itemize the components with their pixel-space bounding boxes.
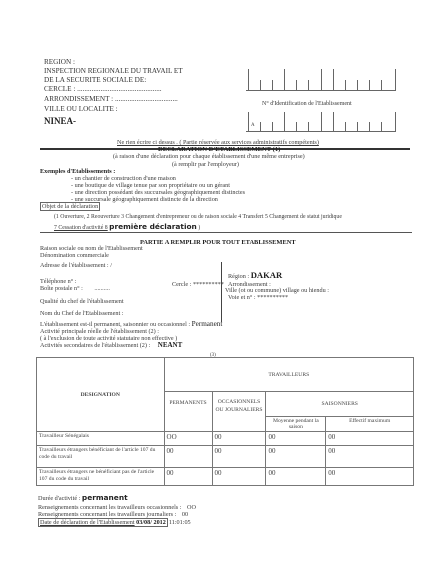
- id-comb-bottom-baseline: [246, 131, 396, 132]
- region-label: REGION :: [44, 58, 75, 67]
- activite-note: ( à l'exclusion de toute activité statut…: [40, 335, 177, 342]
- declaration-title: DECLARATION D'ETABLISSEMENT (1): [158, 146, 280, 153]
- boite-postale-field: Boîte postale n° : ..........: [40, 285, 110, 292]
- id-label: N° d'Identification de l'Etablissement: [262, 101, 352, 108]
- row-occasionnels: 00: [212, 432, 266, 446]
- date-declaration-field: Date de déclaration de l'Etablissement 0…: [38, 519, 191, 526]
- date-declaration-box: Date de déclaration de l'Etablissement 0…: [38, 518, 168, 527]
- example-item: - une boutique de village tenue par son …: [71, 182, 230, 189]
- date-label: Date de déclaration de l'Etablissement: [40, 519, 135, 526]
- region-label-2: Région :: [228, 273, 249, 280]
- col-effectif: Effectif maximum: [326, 417, 414, 432]
- activite-principale-field: Activité principale réelle de l'établiss…: [40, 328, 159, 335]
- cercle-field: CERCLE : ...............................…: [44, 85, 162, 94]
- row-moyenne: 00: [266, 468, 326, 486]
- row-moyenne: 00: [266, 446, 326, 468]
- id-box-marker: A: [251, 122, 255, 129]
- address-divider: [221, 262, 222, 322]
- journaliers-label: Renseignements concernant les travailleu…: [38, 511, 176, 518]
- telephone-field: Téléphone n° :: [40, 278, 77, 285]
- row-permanents: OO: [164, 432, 212, 446]
- objet-options-suffix: ): [198, 225, 200, 231]
- duree-label: Durée d'activité :: [38, 495, 80, 502]
- cercle-value: Cercle : **********: [172, 281, 224, 288]
- duree-value: permanent: [82, 493, 128, 502]
- occasionnels-label: Renseignements concernant les travailleu…: [38, 504, 181, 511]
- inspection-line2: DE LA SECURITE SOCIALE DE:: [44, 76, 146, 85]
- row-effectif: 00: [326, 446, 414, 468]
- declaration-subtitle-1: (à raison d'une déclaration pour chaque …: [113, 153, 305, 160]
- date-value: 03/08/ 2012: [136, 519, 166, 526]
- ville-field: VILLE OU LOCALITE :: [44, 105, 118, 114]
- col-occasionnels: OCCASIONNELS OU JOURNALIERS: [212, 392, 266, 432]
- qualite-chef-field: Qualité du chef de l'établissement: [40, 298, 124, 305]
- designation-header: DESIGNATION: [37, 358, 165, 432]
- activites-secondaires-label: Activités secondaires de l'établissement…: [40, 342, 150, 349]
- row-moyenne: 00: [266, 432, 326, 446]
- workers-table: DESIGNATION TRAVAILLEURS PERMANENTS OCCA…: [36, 357, 414, 486]
- objet-options-prefix: 7 Cessation d'activité 8: [54, 225, 108, 231]
- objet-options-line1: (1 Ouverture, 2 Reouverture 3 Changement…: [54, 214, 342, 221]
- row-permanents: 00: [164, 468, 212, 486]
- voie-field: Voie et n° : **********: [228, 294, 288, 301]
- arrondissement-field: ARRONDISSEMENT : .......................…: [44, 95, 178, 104]
- id-comb-top-baseline: [246, 90, 396, 91]
- journaliers-value: 00: [182, 511, 188, 518]
- ninea-label: NINEA-: [44, 116, 76, 126]
- row-occasionnels: 00: [212, 446, 266, 468]
- col-moyenne: Moyenne pendant la saison: [266, 417, 326, 432]
- boite-postale-label: Boîte postale n° :: [40, 285, 83, 292]
- occasionnels-field: Renseignements concernant les travailleu…: [38, 504, 196, 511]
- partie-title: PARTIE A REMPLIR POUR TOUT ETABLISSEMENT: [140, 239, 296, 246]
- col-permanents: PERMANENTS: [164, 392, 212, 432]
- region-field: Région : DAKAR: [228, 272, 282, 280]
- duree-field: Durée d'activité : permanent: [38, 494, 128, 502]
- region-value: DAKAR: [251, 270, 283, 280]
- row-effectif: 00: [326, 468, 414, 486]
- row-designation: Travailleurs étrangers bénéficiant de l'…: [37, 446, 165, 468]
- examples-heading: Exemples d'Etablissements :: [40, 168, 115, 175]
- example-item: - une direction possédant des succursale…: [71, 189, 245, 196]
- permanence-label: L'établissement est-il permanent, saison…: [40, 321, 190, 328]
- nom-chef-field: Nom du Chef de l'Etablissement :: [40, 310, 123, 317]
- raison-sociale-field: Raison sociale ou nom de l'Etablissement: [40, 245, 143, 252]
- occasionnels-value: OO: [187, 504, 196, 511]
- inspection-line1: INSPECTION REGIONALE DU TRAVAIL ET: [44, 67, 183, 76]
- adresse-field: Adresse de l'établissement : /: [40, 262, 112, 269]
- permanence-value: Permanent: [192, 320, 223, 328]
- col-saisonniers: SAISONNIERS: [266, 392, 414, 417]
- row-designation: Travailleurs étrangers ne bénéficiant pa…: [37, 468, 165, 486]
- table-row: Travailleurs étrangers ne bénéficiant pa…: [37, 468, 414, 486]
- time-value: 11:01:05: [169, 519, 191, 526]
- admin-note: Ne rien écrire ci dessus . ( Partie rése…: [117, 139, 319, 146]
- denomination-field: Dénomination commerciale: [40, 252, 109, 259]
- activites-secondaires-value: NEANT: [158, 341, 183, 349]
- objet-options-line2: 7 Cessation d'activité 8 première déclar…: [54, 223, 200, 232]
- table-row: Travailleur Sénégalais OO 00 00 00: [37, 432, 414, 446]
- row-effectif: 00: [326, 432, 414, 446]
- boite-postale-value: ..........: [94, 285, 109, 292]
- objet-selected: première déclaration: [109, 222, 197, 231]
- activites-secondaires-field: Activités secondaires de l'établissement…: [40, 342, 182, 349]
- journaliers-field: Renseignements concernant les travailleu…: [38, 511, 188, 518]
- permanence-field: L'établissement est-il permanent, saison…: [40, 321, 222, 328]
- row-permanents: 00: [164, 446, 212, 468]
- table-row: Travailleurs étrangers bénéficiant de l'…: [37, 446, 414, 468]
- declaration-subtitle-2: (à remplir par l'employeur): [172, 161, 239, 168]
- ville-field-2: Ville (ot ou commune) village ou hiendu …: [225, 287, 329, 294]
- objet-label: Objet de la déclaration: [40, 202, 100, 211]
- travailleurs-header: TRAVAILLEURS: [164, 358, 413, 392]
- example-item: - un chantier de construction d'une mais…: [71, 175, 176, 182]
- row-designation: Travailleur Sénégalais: [37, 432, 165, 446]
- row-occasionnels: 00: [212, 468, 266, 486]
